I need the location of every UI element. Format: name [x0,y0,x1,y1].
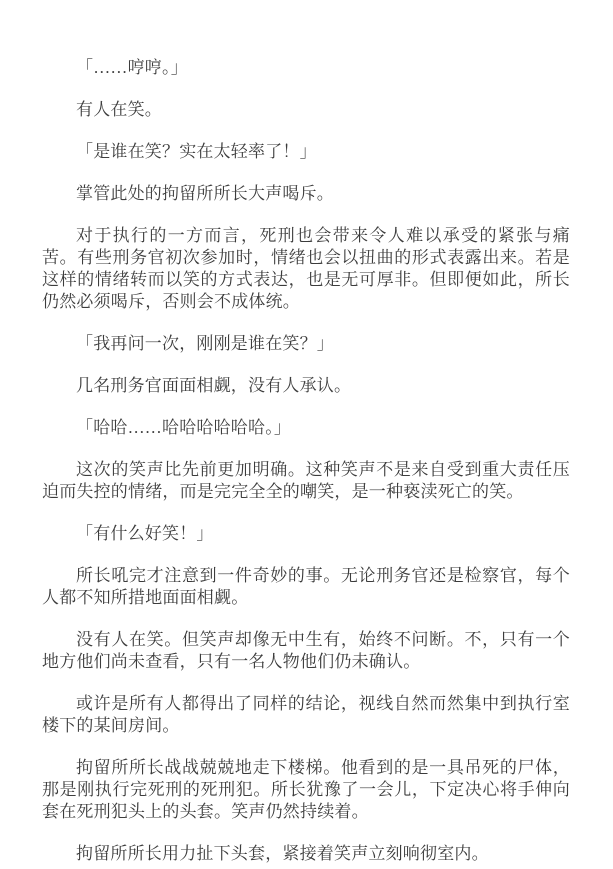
paragraph: 没有人在笑。但笑声却像无中生有，始终不问断。不，只有一个地方他们尚未查看，只有一… [42,629,570,673]
paragraph: 「哈哈……哈哈哈哈哈哈。」 [42,417,570,439]
text-content: 「……哼哼。」有人在笑。「是谁在笑？实在太轻率了！」掌管此处的拘留所所长大声喝斥… [42,57,570,865]
paragraph: 这次的笑声比先前更加明确。这种笑声不是来自受到重大责任压迫而失控的情绪，而是完完… [42,459,570,503]
paragraph: 几名刑务官面面相觑，没有人承认。 [42,375,570,397]
paragraph: 所长吼完才注意到一件奇妙的事。无论刑务官还是检察官，每个人都不知所措地面面相觑。 [42,565,570,609]
paragraph: 拘留所所长战战兢兢地走下楼梯。他看到的是一具吊死的尸体，那是刚执行完死刑的死刑犯… [42,757,570,823]
paragraph: 拘留所所长用力扯下头套，紧接着笑声立刻响彻室内。 [42,843,570,865]
paragraph: 掌管此处的拘留所所长大声喝斥。 [42,183,570,205]
paragraph: 「是谁在笑？实在太轻率了！」 [42,141,570,163]
paragraph: 「有什么好笑！」 [42,523,570,545]
paragraph: 「……哼哼。」 [42,57,570,79]
paragraph: 或许是所有人都得出了同样的结论，视线自然而然集中到执行室楼下的某间房间。 [42,693,570,737]
document-page: 「……哼哼。」有人在笑。「是谁在笑？实在太轻率了！」掌管此处的拘留所所长大声喝斥… [0,0,613,869]
paragraph: 对于执行的一方而言，死刑也会带来令人难以承受的紧张与痛苦。有些刑务官初次参加时，… [42,225,570,313]
paragraph: 有人在笑。 [42,99,570,121]
paragraph: 「我再问一次，刚刚是谁在笑？」 [42,333,570,355]
